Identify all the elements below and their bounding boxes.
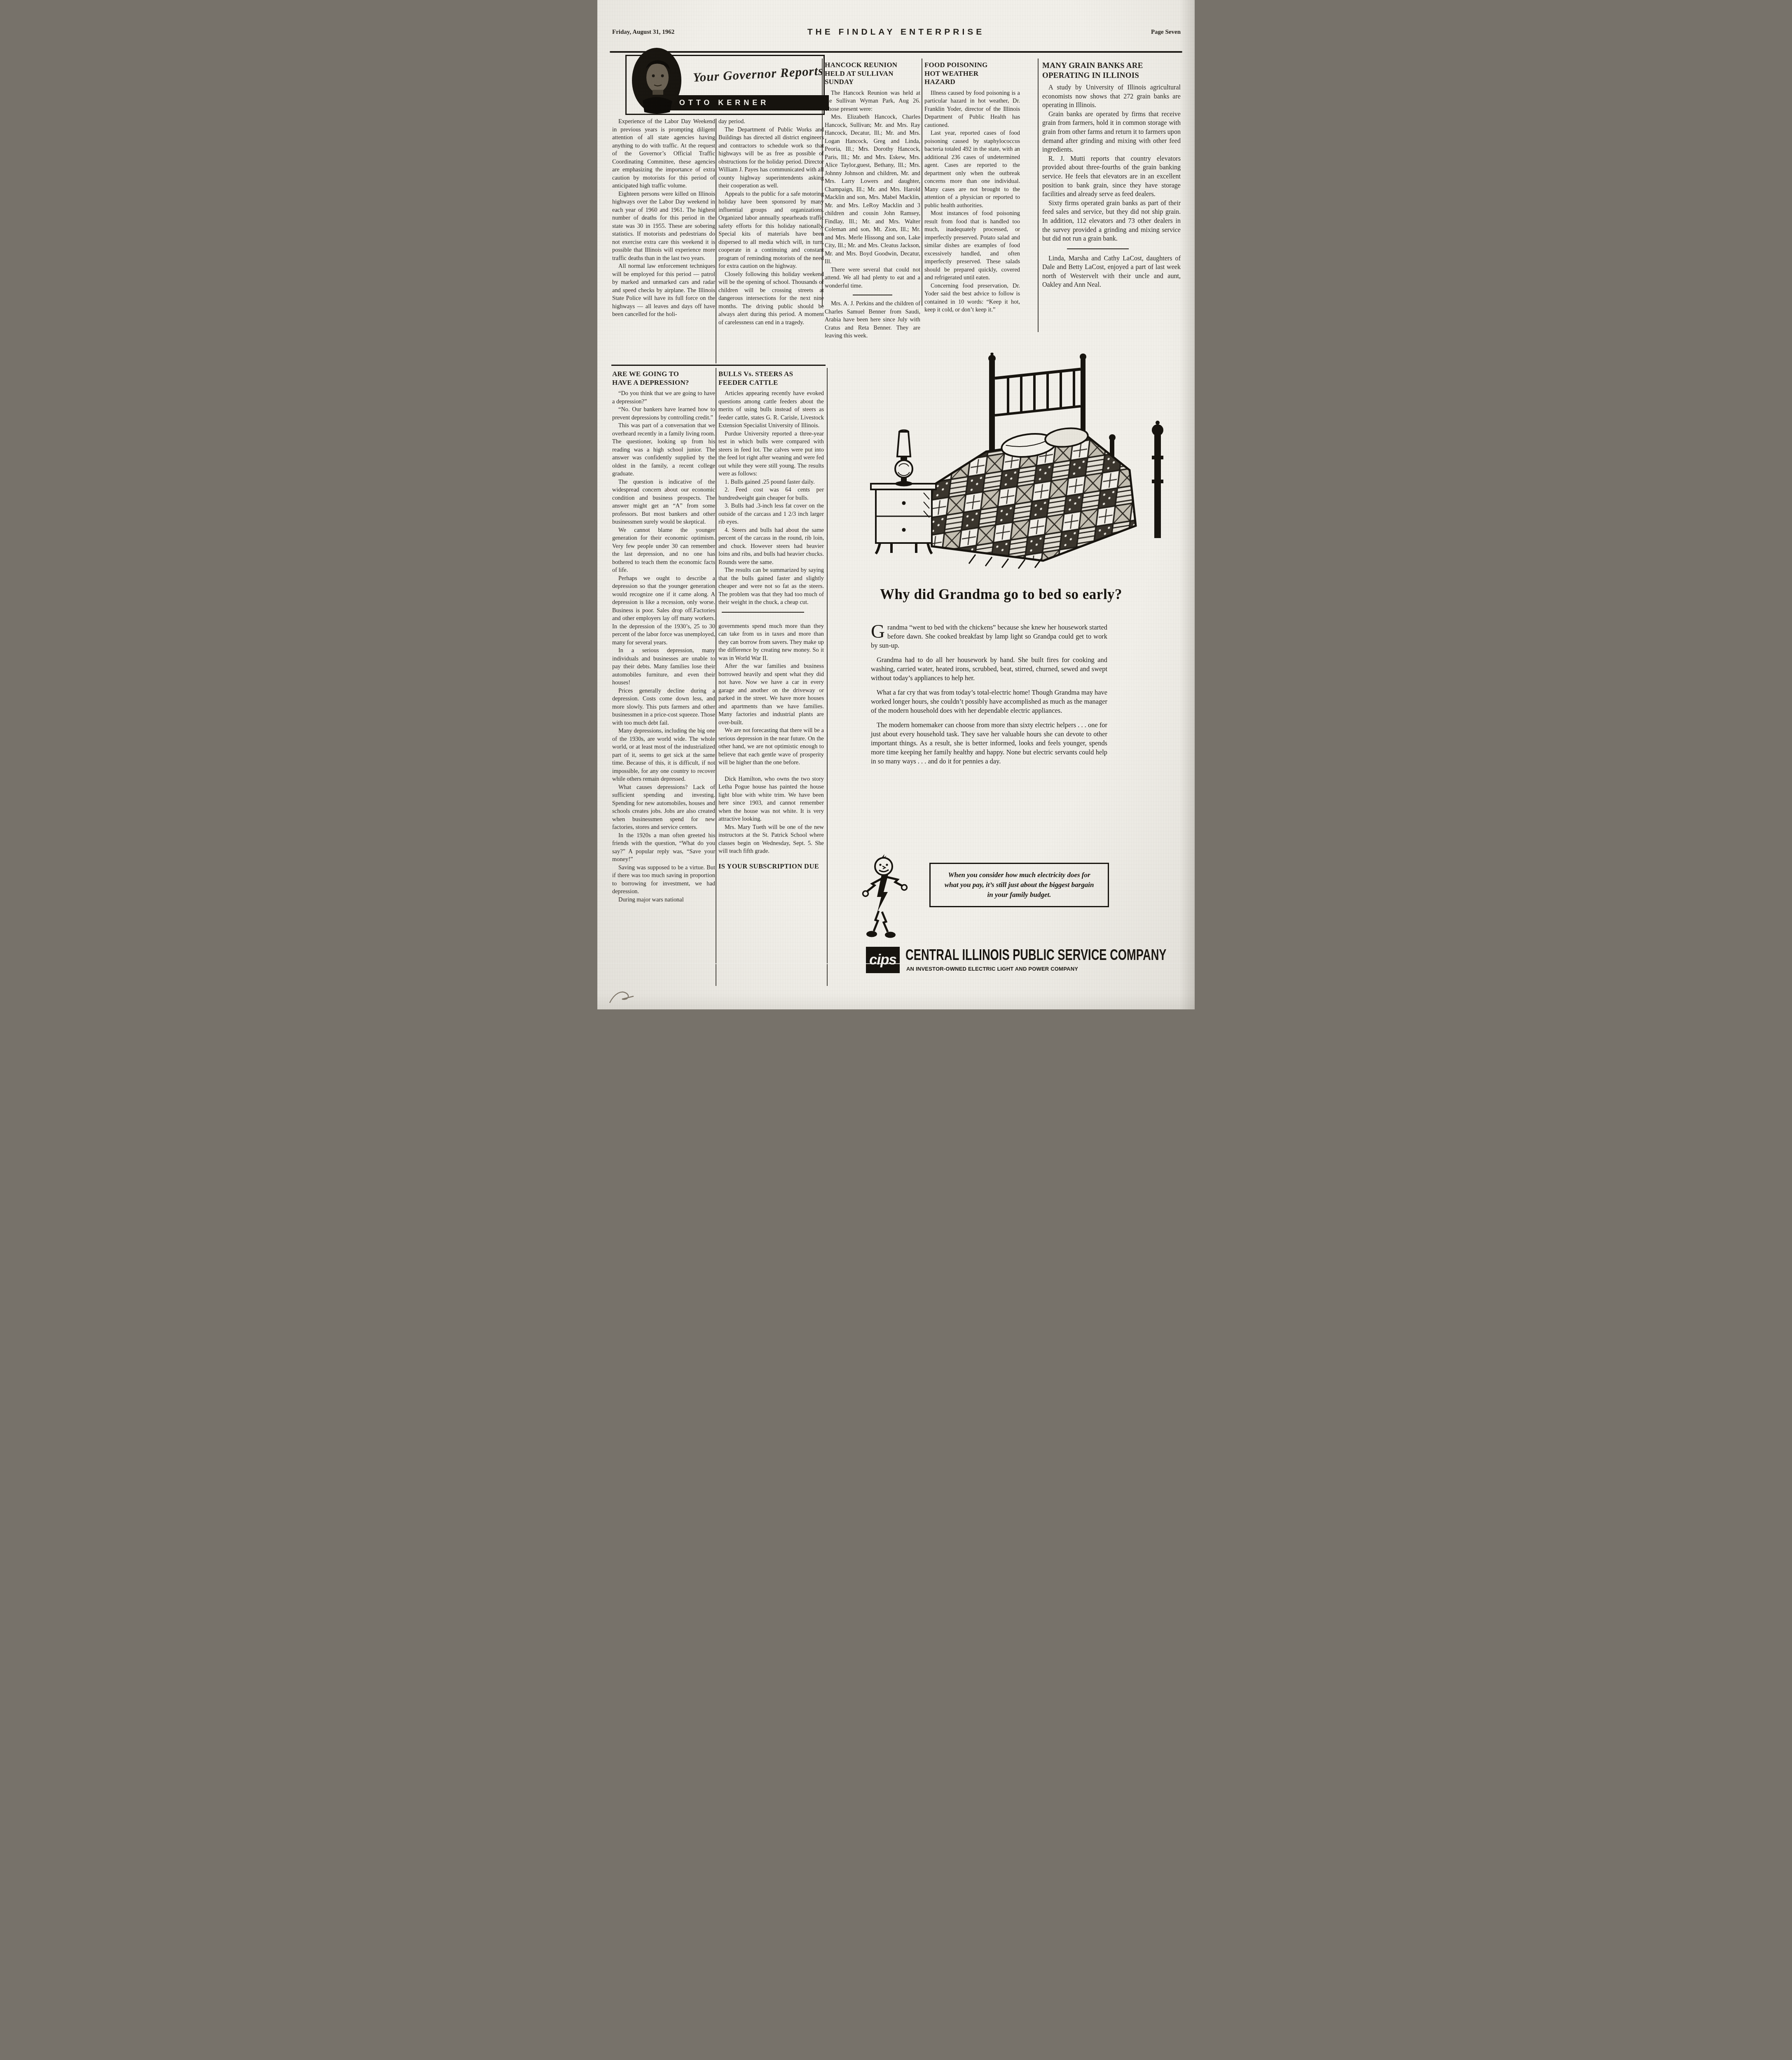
article-paragraph: “Do you think that we are going to have …	[612, 390, 715, 406]
article-paragraph: Mrs. A. J. Perkins and the children of C…	[825, 300, 920, 340]
article-paragraph: Last year, reported cases of food poison…	[924, 129, 1020, 210]
drop-cap: G	[871, 623, 887, 639]
ad-quote-text: When you consider how much electricity d…	[941, 870, 1097, 900]
article-paragraph: What causes depressions? Lack of suffici…	[612, 784, 715, 832]
hancock-article: HANCOCK REUNION HELD AT SULLIVAN SUNDAY …	[825, 61, 920, 340]
local-item-paragraph: Mrs. Mary Tueth will be one of the new i…	[718, 824, 824, 856]
cips-logo: cips	[866, 947, 900, 973]
ad-body: Grandma “went to bed with the chickens” …	[871, 623, 1107, 771]
cips-tagline: AN INVESTOR-OWNED ELECTRIC LIGHT AND POW…	[906, 966, 1078, 972]
hancock-headline: HANCOCK REUNION HELD AT SULLIVAN SUNDAY	[825, 61, 917, 87]
masthead-title: THE FINDLAY ENTERPRISE	[807, 27, 985, 37]
article-separator	[1067, 248, 1129, 249]
subscription-notice: IS YOUR SUBSCRIPTION DUE	[718, 862, 824, 871]
article-paragraph: Most instances of food poisoning result …	[924, 210, 1020, 282]
newspaper-page: Friday, August 31, 1962 THE FINDLAY ENTE…	[597, 0, 1195, 1009]
article-paragraph: A study by University of Illinois agricu…	[1042, 83, 1181, 110]
ad-headline: Why did Grandma go to bed so early?	[843, 587, 1159, 603]
masthead-rule	[610, 51, 1182, 53]
local-item-paragraph: Dick Hamilton, who owns the two story Le…	[718, 775, 824, 824]
article-paragraph: Prices generally decline during a depres…	[612, 687, 715, 728]
article-separator	[722, 612, 804, 613]
article-paragraph: Grain banks are operated by firms that r…	[1042, 110, 1181, 154]
article-paragraph: The Hancock Reunion was held at the Sull…	[825, 89, 920, 114]
article-paragraph: In a serious depression, many individual…	[612, 647, 715, 687]
column-rule	[827, 368, 828, 986]
article-paragraph: governments spend much more than they ca…	[718, 623, 824, 663]
masthead-date: Friday, August 31, 1962	[612, 29, 674, 36]
article-paragraph: Articles appearing recently have evoked …	[718, 390, 824, 430]
column-rule	[716, 368, 716, 986]
cips-company-name: CENTRAL ILLINOIS PUBLIC SERVICE COMPANY	[905, 946, 1167, 964]
column-rule	[716, 119, 716, 363]
article-separator	[853, 295, 892, 295]
governor-byline-bar: by OTTO KERNER	[659, 95, 829, 110]
column-rule	[1038, 59, 1039, 332]
article-paragraph: All normal law enforcement techniques wi…	[612, 262, 715, 319]
article-paragraph: This was part of a conversation that we …	[612, 422, 715, 478]
ad-paragraph: What a far cry that was from today’s tot…	[871, 688, 1107, 715]
section-rule	[611, 365, 826, 366]
ad-paragraph: Grandma “went to bed with the chickens” …	[871, 623, 1107, 650]
column-rule	[922, 59, 922, 306]
byline-name: OTTO KERNER	[679, 98, 770, 107]
ad-paragraph: The modern homemaker can choose from mor…	[871, 721, 1107, 766]
article-paragraph: Illness caused by food poisoning is a pa…	[924, 89, 1020, 130]
food-poisoning-article: FOOD POISONING HOT WEATHER HAZARD Illnes…	[924, 61, 1020, 314]
article-paragraph: Many depressions, including the big one …	[612, 727, 715, 784]
article-paragraph: day period.	[718, 118, 824, 126]
governor-article-col2: day period. The Department of Public Wor…	[718, 118, 824, 327]
depression-headline: ARE WE GOING TO HAVE A DEPRESSION?	[612, 370, 697, 387]
local-note-paragraph: Linda, Marsha and Cathy LaCost, daughter…	[1042, 254, 1181, 290]
grain-banks-headline: MANY GRAIN BANKS ARE OPERATING IN ILLINO…	[1042, 61, 1158, 80]
article-paragraph: R. J. Mutti reports that country elevato…	[1042, 154, 1181, 199]
bulls-headline: BULLS Vs. STEERS AS FEEDER CATTLE	[718, 370, 799, 387]
ad-paragraph: Grandma had to do all her housework by h…	[871, 655, 1107, 683]
article-paragraph: The Department of Public Works and Build…	[718, 126, 824, 190]
article-paragraph: Perhaps we ought to describe a depressio…	[612, 575, 715, 647]
article-paragraph: There were several that could not attend…	[825, 266, 920, 290]
article-paragraph: Appeals to the public for a safe motorin…	[718, 190, 824, 271]
ad-paragraph-text: randma “went to bed with the chickens” b…	[871, 623, 1107, 649]
article-paragraph: Sixty firms operated grain banks as part…	[1042, 199, 1181, 243]
article-paragraph: During major wars national	[612, 896, 715, 904]
bed-and-oil-lamp-illustration	[866, 353, 1179, 584]
article-paragraph: We are not forecasting that there will b…	[718, 727, 824, 767]
article-paragraph: Concerning food preservation, Dr. Yoder …	[924, 282, 1020, 314]
bulls-article-col2: BULLS Vs. STEERS AS FEEDER CATTLE Articl…	[718, 370, 824, 871]
cips-logo-text: cips	[869, 952, 896, 968]
reddy-kilowatt-mascot	[860, 854, 910, 942]
article-paragraph: Closely following this holiday weekend w…	[718, 271, 824, 327]
article-paragraph: “No. Our bankers have learned how to pre…	[612, 406, 715, 422]
masthead-page-number: Page Seven	[1151, 29, 1181, 36]
article-paragraph: 2. Feed cost was 64 cents per hundredwei…	[718, 486, 824, 502]
governor-article-col1: Experience of the Labor Day Weekend in p…	[612, 118, 715, 319]
article-paragraph: The results can be summarized by saying …	[718, 566, 824, 607]
grain-banks-article: MANY GRAIN BANKS ARE OPERATING IN ILLINO…	[1042, 61, 1181, 290]
article-paragraph: Experience of the Labor Day Weekend in p…	[612, 118, 715, 190]
article-paragraph: In the 1920s a man often greeted his fri…	[612, 832, 715, 864]
article-paragraph: 4. Steers and bulls had about the same p…	[718, 527, 824, 567]
otto-kerner-portrait	[630, 47, 683, 114]
article-paragraph: Eighteen persons were killed on Illinois…	[612, 190, 715, 263]
article-paragraph: 3. Bulls had .3-inch less fat cover on t…	[718, 502, 824, 527]
pencil-mark	[608, 988, 638, 1005]
article-paragraph: Saving was supposed to be a virtue. But …	[612, 864, 715, 896]
scan-artifact-line	[597, 963, 1195, 964]
article-paragraph: Purdue University reported a three-year …	[718, 430, 824, 478]
food-poisoning-headline: FOOD POISONING HOT WEATHER HAZARD	[924, 61, 1005, 87]
article-paragraph: 1. Bulls gained .25 pound faster daily.	[718, 478, 824, 487]
ad-quote-box: When you consider how much electricity d…	[929, 863, 1109, 907]
article-paragraph: The question is indicative of the widesp…	[612, 478, 715, 527]
article-paragraph: We cannot blame the younger generation f…	[612, 527, 715, 575]
article-paragraph: After the war families and business borr…	[718, 662, 824, 727]
depression-article-col1: ARE WE GOING TO HAVE A DEPRESSION? “Do y…	[612, 370, 715, 904]
article-paragraph: Mrs. Elizabeth Hancock, Charles Hancock,…	[825, 113, 920, 266]
